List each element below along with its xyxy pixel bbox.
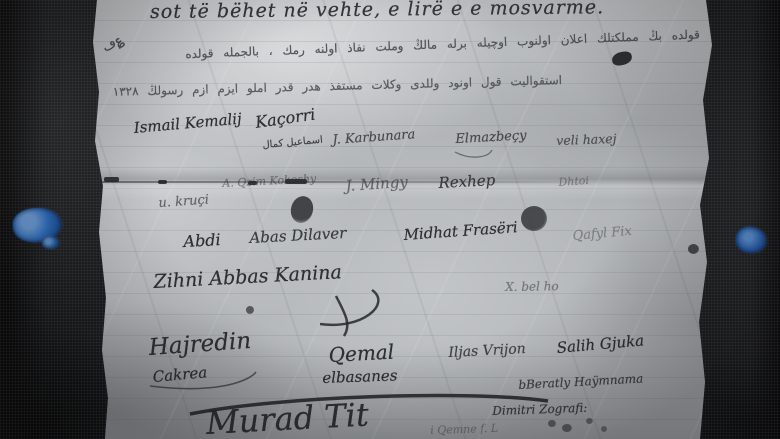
blue-paint-mark-left-tail — [42, 236, 60, 249]
ink-speck — [601, 426, 607, 432]
signature-rexhep: Rexhep — [438, 171, 496, 192]
signature-qemal: Qemal — [328, 340, 395, 367]
ink-dash — [104, 177, 119, 182]
framed-document-photo: sot të bëhet në vehte, e lirë e e mosvar… — [0, 0, 780, 439]
ink-blot — [521, 206, 547, 231]
ink-speck — [586, 418, 593, 424]
document-paper: sot të bëhet në vehte, e lirë e e mosvar… — [0, 0, 780, 439]
ink-blot — [246, 306, 254, 314]
ink-speck — [548, 420, 556, 427]
signature-xbel: X. bel ho — [505, 279, 559, 294]
ink-speck — [562, 424, 572, 432]
signature-faded-right: Dhtoi — [558, 174, 589, 189]
ink-blot — [688, 244, 699, 254]
signature-bottom-faint: i Qemne f. L — [430, 422, 498, 437]
signature-abdi: Abdi — [183, 230, 221, 251]
ink-dash — [158, 180, 167, 184]
signature-murad: Murad Tit — [205, 395, 370, 439]
signature-veli: veli haxej — [556, 131, 617, 148]
signature-elbasanes: elbasanes — [322, 366, 398, 387]
